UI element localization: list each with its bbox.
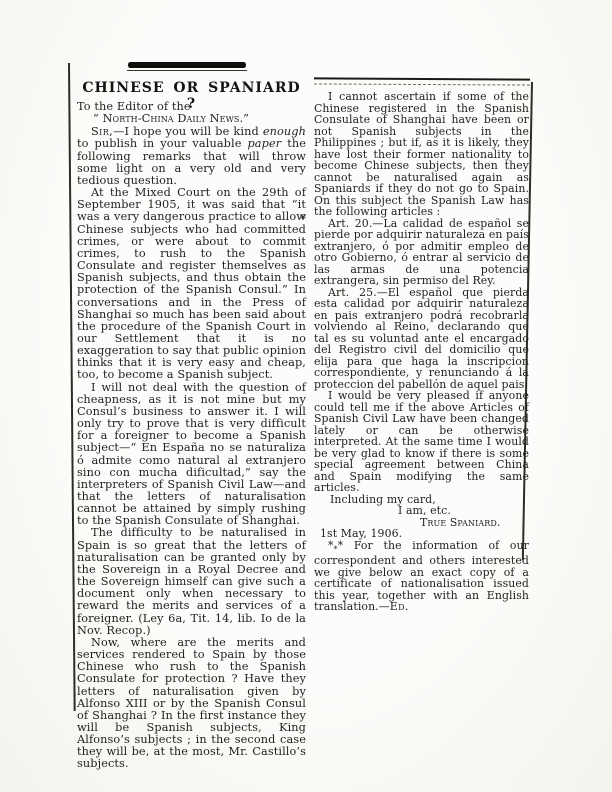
paragraph-opening-text-1: —I hope you will be kind <box>113 125 263 138</box>
paragraph-article-20: Art. 20.—La calidad de español se pierde… <box>314 218 529 287</box>
section-divider-underline <box>127 70 247 71</box>
editor-note: *** For the information of our correspon… <box>314 540 529 613</box>
left-column: To the Editor of the “ North-China Daily… <box>77 101 306 771</box>
right-column-top-rule <box>314 77 530 80</box>
editor-note-text: For the information of our correspondent… <box>314 539 529 614</box>
closing-i-am-etc: I am, etc. <box>314 505 529 517</box>
paragraph-merits: Now, where are the merits and services r… <box>77 637 306 771</box>
sir-smallcaps: Sir, <box>91 125 113 138</box>
right-column-top-rule-dashed <box>314 83 530 85</box>
editor-signature: Ed. <box>390 600 409 613</box>
section-divider-bar <box>128 62 246 68</box>
right-column: I cannot ascertain if some of the Chines… <box>314 91 529 613</box>
paragraph-difficulty: The difficulty to be naturalised in Spai… <box>77 527 306 636</box>
italic-word-enough: enough <box>263 125 306 138</box>
paragraph-ascertain: I cannot ascertain if some of the Chines… <box>314 91 529 218</box>
paragraph-mixed-court: At the Mixed Court on the 29th of Septem… <box>77 187 306 382</box>
paragraph-opening-text-2: to publish in your valuable <box>77 137 247 150</box>
newspaper-name: “ North-China Daily News.” <box>77 113 306 125</box>
paragraph-pleased: I would be very pleased if anyone could … <box>314 390 529 494</box>
newspaper-page: * CHINESE OR SPANIARD ? To the Editor of… <box>0 0 612 792</box>
paragraph-opening: Sir,—I hope you will be kind enough to p… <box>77 126 306 187</box>
paragraph-article-25: Art. 25.—El español que pierda esta cali… <box>314 287 529 391</box>
paragraph-cheapness: I will not deal with the question of che… <box>77 382 306 528</box>
left-column-rule <box>68 63 75 711</box>
italic-word-paper: paper <box>247 137 281 150</box>
